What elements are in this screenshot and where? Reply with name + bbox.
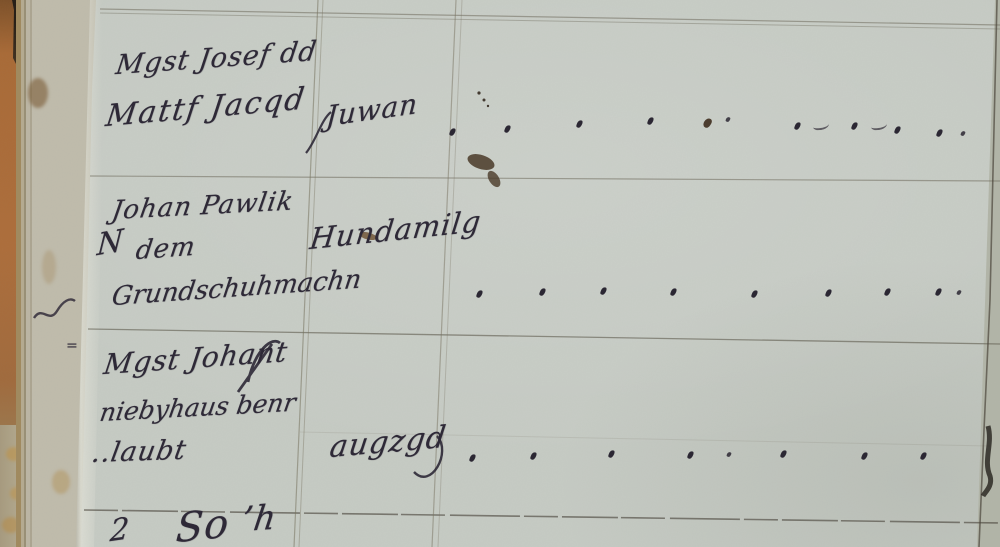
row4-partial-mark2: So [174, 500, 230, 547]
scanned-ledger-page: Mgst Josef dd Mattf Jacqd Juwan N Johan … [0, 0, 1000, 547]
margin-double-dash: = [66, 338, 79, 354]
margin-ink-squiggle [34, 299, 75, 318]
row2-lead-mark: N [96, 223, 125, 264]
row2-name-line2: dem [134, 232, 198, 267]
row3-name-line3: ..laubt [89, 435, 189, 470]
row4-partial-mark3: ’h [239, 497, 279, 540]
row4-partial-mark1: 2 [109, 511, 131, 547]
